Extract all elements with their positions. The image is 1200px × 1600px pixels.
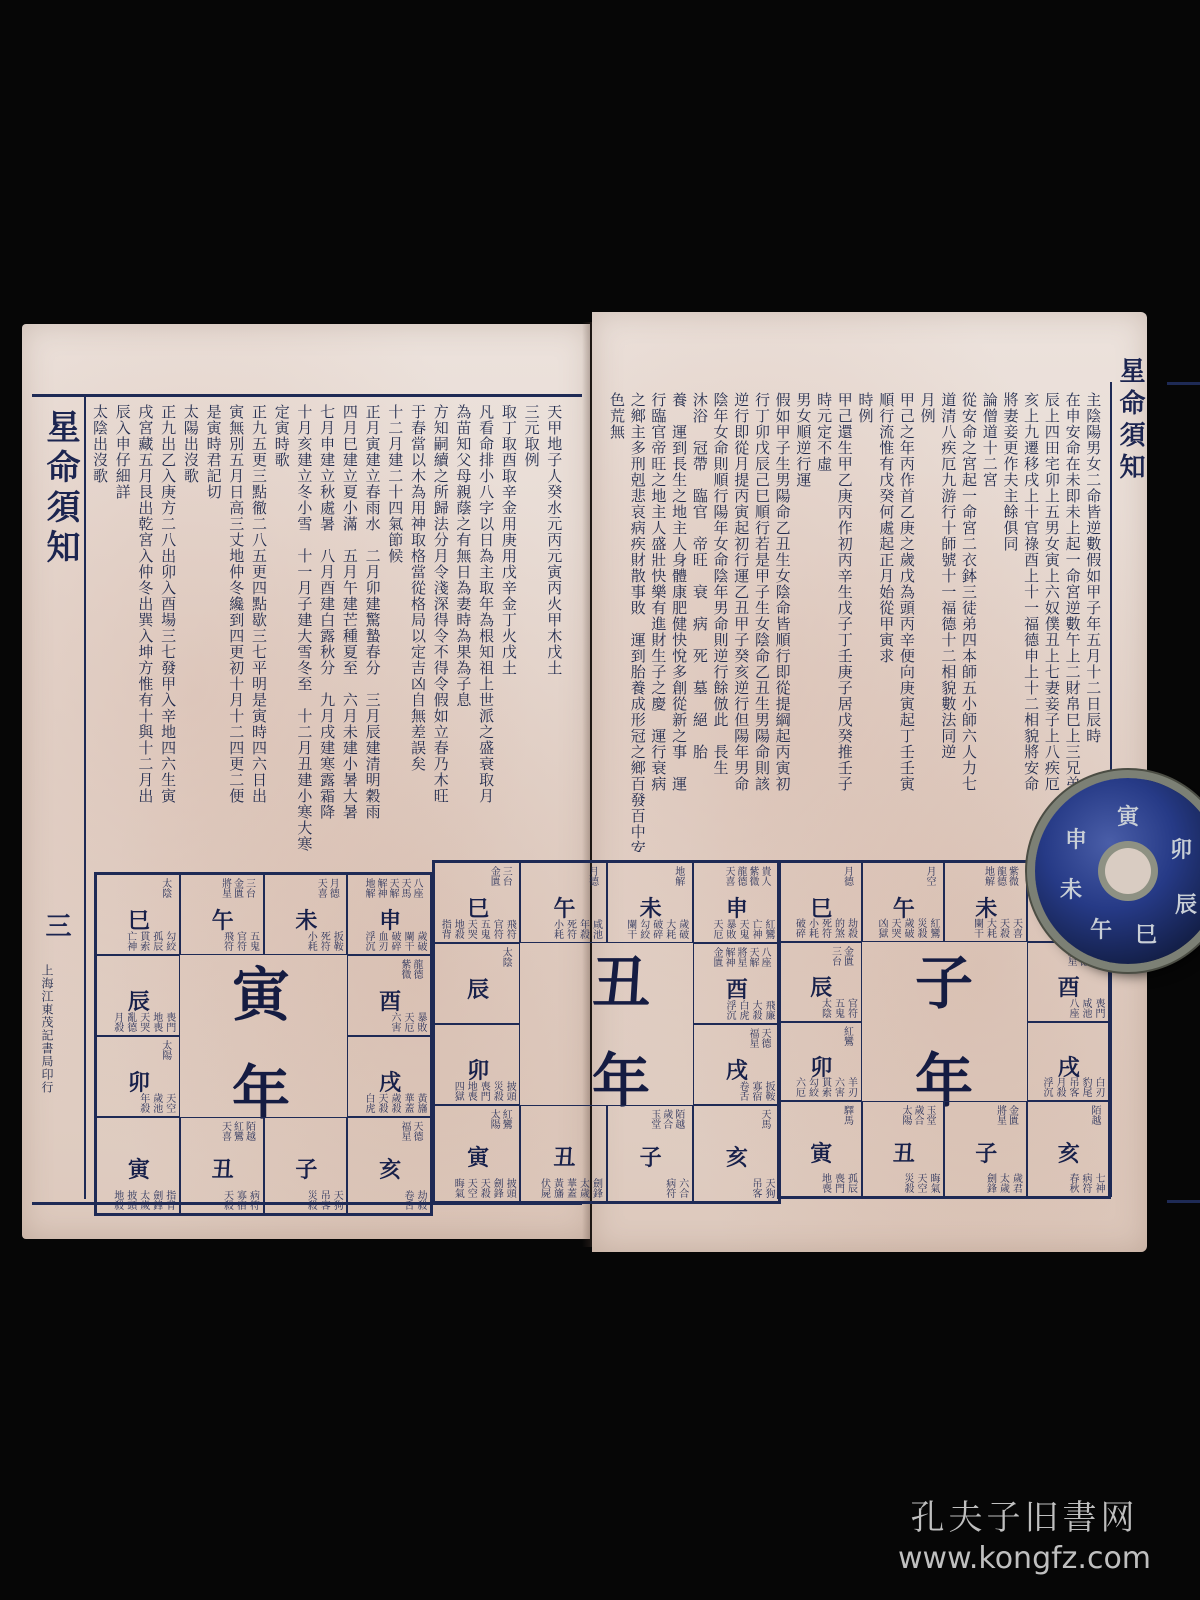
star-label: 紅鸞 bbox=[500, 1109, 511, 1129]
star-label: 八座 bbox=[1067, 998, 1078, 1018]
chart-cell-辰: 辰喪門地喪天哭亂德月殺 bbox=[96, 955, 180, 1036]
star-label: 闌干 bbox=[972, 918, 983, 938]
earthly-branch: 丑 bbox=[212, 1153, 234, 1184]
star-label: 月殺 bbox=[1054, 1077, 1065, 1097]
star-label: 勾絞 bbox=[638, 919, 649, 939]
earthly-branch: 子 bbox=[975, 1137, 997, 1168]
star-label: 紫微 bbox=[747, 866, 758, 886]
star-label: 死符 bbox=[820, 918, 831, 938]
text-column: 月例 bbox=[918, 392, 937, 852]
coin-glyph: 午 bbox=[1090, 913, 1112, 944]
star-label: 天厄 bbox=[711, 919, 722, 939]
star-label: 血刃 bbox=[376, 931, 387, 951]
text-column: 太陽出沒歌 bbox=[181, 404, 200, 864]
star-label: 勾絞 bbox=[164, 931, 175, 951]
chart-cell-申: 申八座天馬天解解神地解歲破闌干破碎血刃浮沉 bbox=[347, 874, 431, 955]
star-label: 飛符 bbox=[222, 931, 233, 951]
chart-cell-午: 午三台金匱將星五鬼官符飛符 bbox=[180, 874, 264, 955]
star-label: 咸池 bbox=[1080, 998, 1091, 1018]
star-label: 玉堂 bbox=[649, 1109, 660, 1129]
text-column: 為苗知父母親蔭之有無日為妻時為果為子息 bbox=[453, 404, 472, 864]
star-label: 月空 bbox=[924, 866, 935, 886]
star-label: 孤辰 bbox=[151, 931, 162, 951]
star-label: 太陽 bbox=[488, 1109, 499, 1129]
star-label: 陽星 bbox=[1065, 946, 1076, 966]
star-label: 死符 bbox=[318, 931, 329, 951]
text-column: 時例 bbox=[856, 392, 875, 852]
star-label: 三台 bbox=[830, 946, 841, 966]
star-label: 的煞 bbox=[833, 918, 844, 938]
star-label: 天喜 bbox=[315, 878, 326, 898]
chart-cell-寅: 寅指背劍鋒太歲披頭地殺 bbox=[96, 1117, 180, 1214]
star-label: 金匱 bbox=[232, 878, 243, 898]
star-label: 貴人 bbox=[759, 866, 770, 886]
chart-cell-辰: 辰太陰 bbox=[434, 943, 520, 1024]
chart-cell-寅: 寅紅鸞太陽披頭劍鋒天殺天空晦氣 bbox=[434, 1105, 520, 1202]
star-label: 寡宿 bbox=[235, 1190, 246, 1210]
star-label: 太歲 bbox=[998, 1173, 1009, 1193]
text-column: 太陰出沒歌 bbox=[90, 404, 109, 864]
chart-cell-亥: 亥天馬天狗吊客 bbox=[693, 1105, 779, 1202]
text-column: 亥上九遷移戌上十官祿酉上十一福德申上十二相貌將安命 bbox=[1021, 392, 1040, 852]
star-label: 披頭 bbox=[504, 1178, 515, 1198]
chart-cell-戌: 戌黃旛華蓋歲殺天殺白虎 bbox=[347, 1036, 431, 1117]
right-page-title: 星命須知 bbox=[1112, 357, 1149, 507]
star-label: 月殺 bbox=[112, 1012, 123, 1032]
earthly-branch: 亥 bbox=[379, 1153, 401, 1184]
left-page-number: 三 bbox=[38, 912, 75, 944]
star-label: 紅鸞 bbox=[763, 919, 774, 939]
star-label: 官符 bbox=[235, 931, 246, 951]
star-label: 晦氣 bbox=[452, 1178, 463, 1198]
star-label: 華蓋 bbox=[565, 1178, 576, 1198]
open-book: 星命須知 三 上海江東茂記書局印行 天甲地子人癸水元丙元寅丙火甲木戊土三元取例取… bbox=[22, 312, 1172, 1252]
star-label: 亡神 bbox=[125, 931, 136, 951]
chart-cell-未: 未月德天喜扳鞍死符小耗 bbox=[264, 874, 348, 955]
star-label: 白虎 bbox=[363, 1093, 374, 1113]
star-label: 解神 bbox=[375, 878, 386, 898]
star-label: 歲君 bbox=[1011, 1173, 1022, 1193]
star-label: 劍鋒 bbox=[985, 1173, 996, 1193]
watermark: 孔夫子旧書网 www.kongfz.com bbox=[898, 1490, 1151, 1576]
text-column: 定寅時歌 bbox=[272, 404, 291, 864]
star-label: 暴敗 bbox=[724, 919, 735, 939]
text-column: 行丁卯戊辰己巳順行若是甲子生女陰命乙丑生男陽命則該 bbox=[752, 392, 771, 852]
text-column: 行臨官帝旺之地主人盛壯快樂有進財生子之慶 運行衰病 bbox=[648, 392, 667, 852]
star-label: 天殺 bbox=[376, 1093, 387, 1113]
star-label: 八座 bbox=[411, 878, 422, 898]
star-label: 飛符 bbox=[504, 919, 515, 939]
star-label: 龍德 bbox=[735, 866, 746, 886]
star-label: 指背 bbox=[439, 919, 450, 939]
star-label: 天喜 bbox=[723, 866, 734, 886]
star-label: 卷舌 bbox=[737, 1081, 748, 1101]
star-label: 吊客 bbox=[750, 1178, 761, 1198]
star-label: 小耗 bbox=[807, 918, 818, 938]
star-label: 解神 bbox=[723, 947, 734, 967]
star-label: 小耗 bbox=[305, 931, 316, 951]
star-label: 金匱 bbox=[842, 946, 853, 966]
star-label: 破碎 bbox=[794, 918, 805, 938]
star-label: 天空 bbox=[164, 1093, 175, 1113]
star-label: 喪門 bbox=[833, 1173, 844, 1193]
text-column: 方知嗣續之所歸法分月令淺深得令不得令假如立春乃木旺 bbox=[431, 404, 450, 864]
star-label: 太陰 bbox=[500, 947, 511, 967]
text-column: 戌宮藏五月艮出乾宮入仲冬出巽入坤方惟有十與十二月出 bbox=[135, 404, 154, 864]
star-label: 地喪 bbox=[465, 1081, 476, 1101]
text-column: 逆行即從月提丙寅起初行運乙丑甲子癸亥逆行但陽年男命 bbox=[731, 392, 750, 852]
earthly-branch: 丑 bbox=[893, 1137, 915, 1168]
chart-cell-午: 午月空紅鸞災殺歲破天哭凶獄 bbox=[862, 862, 945, 942]
text-column: 十二月建二十四氣節候 bbox=[385, 404, 404, 864]
text-column: 取丁取酉取辛金用庚用戊辛金丁火戊土 bbox=[499, 404, 518, 864]
text-column: 養 運到長生之地主人身體康肥健快悅多創從新之事 運 bbox=[669, 392, 688, 852]
star-label: 天喜 bbox=[1011, 918, 1022, 938]
star-label: 浮沉 bbox=[363, 931, 374, 951]
star-label: 六厄 bbox=[794, 1077, 805, 1097]
star-label: 官符 bbox=[846, 998, 857, 1018]
star-label: 亡神 bbox=[750, 919, 761, 939]
chart-cell-子: 子天狗吊客災殺 bbox=[264, 1117, 348, 1214]
text-column: 是寅時君記切 bbox=[204, 404, 223, 864]
star-label: 大殺 bbox=[750, 1000, 761, 1020]
coin-glyph: 申 bbox=[1065, 823, 1087, 854]
star-label: 指背 bbox=[164, 1190, 175, 1210]
text-column: 十月亥建立冬小雪 十一月子建大雪冬至 十二月丑建小寒大寒 bbox=[294, 404, 313, 864]
star-label: 天哭 bbox=[138, 1012, 149, 1032]
star-label: 紫微 bbox=[399, 959, 410, 979]
earthly-branch: 亥 bbox=[726, 1141, 748, 1172]
star-label: 病符 bbox=[1080, 1173, 1091, 1193]
star-label: 飛廉 bbox=[763, 1000, 774, 1020]
star-label: 豹尾 bbox=[1080, 1077, 1091, 1097]
star-label: 闌干 bbox=[402, 931, 413, 951]
star-label: 災殺 bbox=[915, 918, 926, 938]
star-label: 貫索 bbox=[820, 1077, 831, 1097]
star-label: 地解 bbox=[983, 866, 994, 886]
text-column: 之鄉主多刑剋悲哀病疾財散事敗 運到胎養成形冠之鄉百發百中安康平易 bbox=[628, 392, 647, 852]
star-label: 年殺 bbox=[578, 919, 589, 939]
star-label: 劍鋒 bbox=[151, 1190, 162, 1210]
coin-glyph: 卯 bbox=[1170, 833, 1192, 864]
star-label: 勾絞 bbox=[807, 1077, 818, 1097]
chart-cell-卯: 卯紅鸞羊刃六害貫索勾絞六厄 bbox=[779, 1022, 862, 1102]
star-label: 地解 bbox=[673, 866, 684, 886]
star-label: 福星 bbox=[747, 1028, 758, 1048]
text-column: 正月寅建立春雨水 二月卯建驚蟄春分 三月辰建清明穀雨 bbox=[363, 404, 382, 864]
text-column: 正九出乙入庚方二八出卯入酉場三七發甲入辛地四六生寅 bbox=[158, 404, 177, 864]
star-label: 四獄 bbox=[452, 1081, 463, 1101]
star-label: 死符 bbox=[565, 919, 576, 939]
text-column: 陰年女命則順行陽年女命陰年男命則逆行餘倣此 長生 bbox=[711, 392, 730, 852]
star-label: 官符 bbox=[491, 919, 502, 939]
star-label: 咸池 bbox=[591, 919, 602, 939]
star-label: 天解 bbox=[747, 947, 758, 967]
text-column: 沐浴 冠帶 臨官 帝旺 衰 病 死 墓 絕 胎 bbox=[690, 392, 709, 852]
chart-cell-亥: 亥天德福星劫殺卷舌 bbox=[347, 1117, 431, 1214]
star-label: 太陽 bbox=[160, 1040, 171, 1060]
chart-cell-未: 未紫微龍德地解天喜天殺大耗闌干 bbox=[944, 862, 1027, 942]
text-column: 在申安命在未即未上起一命宮逆數午上二財帛巳上三兄弟 bbox=[1063, 392, 1082, 852]
star-label: 小耗 bbox=[552, 919, 563, 939]
star-label: 天德 bbox=[759, 1028, 770, 1048]
star-label: 玉堂 bbox=[924, 1105, 935, 1125]
text-column: 假如甲子生男陽命乙丑生女陰命皆順行即從提綱起丙寅初 bbox=[773, 392, 792, 852]
star-label: 地殺 bbox=[452, 919, 463, 939]
earthly-branch: 寅 bbox=[467, 1141, 489, 1172]
earthly-branch: 子 bbox=[295, 1153, 317, 1184]
star-label: 浮沉 bbox=[724, 1000, 735, 1020]
chart-cell-戌: 戌天德福星扳鞍寡宿卷舌 bbox=[693, 1024, 779, 1105]
star-label: 天德 bbox=[411, 1121, 422, 1141]
left-page-title: 星命須知 bbox=[36, 409, 85, 709]
star-label: 災殺 bbox=[902, 1173, 913, 1193]
right-page: 星命須知 主陰陽男女二命皆逆數假如甲子年五月十二日辰時在申安命在未即未上起一命宮… bbox=[592, 312, 1147, 1252]
text-column: 男女順逆行運 bbox=[793, 392, 812, 852]
star-label: 凶獄 bbox=[876, 918, 887, 938]
chart-cell-丑: 丑玉堂歲合太陽晦氣天空災殺 bbox=[862, 1101, 945, 1197]
star-label: 八座 bbox=[759, 947, 770, 967]
star-label: 五鬼 bbox=[248, 931, 259, 951]
star-label: 喪門 bbox=[1093, 998, 1104, 1018]
star-label: 天空 bbox=[915, 1173, 926, 1193]
star-label: 陌越 bbox=[673, 1109, 684, 1129]
star-label: 月德 bbox=[842, 866, 853, 886]
text-column: 甲己還生甲乙庚丙作初丙辛生戊子丁壬庚子居戊癸推壬子 bbox=[835, 392, 854, 852]
star-label: 紅鸞 bbox=[232, 1121, 243, 1141]
star-label: 劫殺 bbox=[846, 918, 857, 938]
chart-cell-寅: 寅驛馬孤辰喪門地喪 bbox=[779, 1101, 862, 1197]
star-label: 劫殺 bbox=[415, 1190, 426, 1210]
star-label: 陌越 bbox=[1089, 1105, 1100, 1125]
star-label: 天殺 bbox=[998, 918, 1009, 938]
star-label: 紫微 bbox=[1007, 866, 1018, 886]
star-label: 三台 bbox=[500, 866, 511, 886]
star-label: 六合 bbox=[677, 1178, 688, 1198]
chart-cell-酉: 酉龍德紫微暴敗天厄六害 bbox=[347, 955, 431, 1036]
chart-cell-巳: 巳月德劫殺的煞死符小耗破碎 bbox=[779, 862, 862, 942]
chart-cell-子: 子金匱將星歲君太歲劍鋒 bbox=[944, 1101, 1027, 1197]
star-label: 龍德 bbox=[995, 866, 1006, 886]
star-label: 三台 bbox=[244, 878, 255, 898]
star-label: 天殺 bbox=[222, 1190, 233, 1210]
star-label: 歲破 bbox=[902, 918, 913, 938]
star-label: 喪門 bbox=[164, 1012, 175, 1032]
star-label: 天喜 bbox=[220, 1121, 231, 1141]
star-label: 七神 bbox=[1093, 1173, 1104, 1193]
star-label: 災殺 bbox=[491, 1081, 502, 1101]
star-label: 歲破 bbox=[677, 919, 688, 939]
text-column: 辰入申仔細詳 bbox=[113, 404, 132, 864]
earthly-branch: 丑 bbox=[553, 1141, 575, 1172]
star-label: 劍鋒 bbox=[491, 1178, 502, 1198]
star-label: 黃旛 bbox=[415, 1093, 426, 1113]
star-label: 天馬 bbox=[399, 878, 410, 898]
star-label: 歲合 bbox=[661, 1109, 672, 1129]
star-label: 天馬 bbox=[759, 1109, 770, 1129]
star-label: 破碎 bbox=[389, 931, 400, 951]
earthly-branch: 亥 bbox=[1058, 1137, 1080, 1168]
coin-glyph: 未 bbox=[1060, 873, 1082, 904]
text-column: 論僧道十二宮 bbox=[980, 392, 999, 852]
star-label: 吊客 bbox=[1067, 1077, 1078, 1097]
text-column: 七月申建立秋處暑 八月酉建白露秋分 九月戌建寒露霜降 bbox=[317, 404, 336, 864]
star-label: 浮沉 bbox=[1041, 1077, 1052, 1097]
star-label: 破碎 bbox=[651, 919, 662, 939]
earthly-branch: 寅 bbox=[810, 1137, 832, 1168]
star-label: 天哭 bbox=[889, 918, 900, 938]
star-label: 年殺 bbox=[138, 1093, 149, 1113]
chart-cell-酉: 酉八座天解將星解神金匱飛廉大殺白虎浮沉 bbox=[693, 943, 779, 1024]
text-column: 凡看命排小八字以日為主取年為根知祖上世派之盛衰取月 bbox=[476, 404, 495, 864]
text-column: 四月巳建立夏小滿 五月午建芒種夏至 六月未建小暑大暑 bbox=[340, 404, 359, 864]
star-label: 地喪 bbox=[151, 1012, 162, 1032]
chart-cell-卯: 卯太陽天空歲池年殺 bbox=[96, 1036, 180, 1117]
star-label: 披頭 bbox=[504, 1081, 515, 1101]
star-label: 五鬼 bbox=[478, 919, 489, 939]
text-column: 于春當以木為用神取格當從格局以定吉凶自無差誤矣 bbox=[408, 404, 427, 864]
star-label: 月德 bbox=[587, 866, 598, 886]
coin-glyph: 寅 bbox=[1117, 800, 1139, 831]
chart-cell-申: 申貴人紫微龍德天喜紅鸞亡神天鬼暴敗天厄 bbox=[693, 862, 779, 943]
watermark-site-name: 孔夫子旧書网 bbox=[898, 1490, 1151, 1539]
star-label: 金匱 bbox=[1007, 1105, 1018, 1125]
text-column: 三元取例 bbox=[522, 404, 541, 864]
star-label: 晦氣 bbox=[928, 1173, 939, 1193]
star-label: 六害 bbox=[389, 1012, 400, 1032]
chart-cell-未: 未地解歲破大耗破碎勾絞闌干 bbox=[607, 862, 693, 943]
star-label: 太陰 bbox=[160, 878, 171, 898]
star-label: 扳鞍 bbox=[763, 1081, 774, 1101]
text-column: 時元定不虛 bbox=[814, 392, 833, 852]
star-label: 白刃 bbox=[1093, 1077, 1104, 1097]
text-column: 順行流惟有戊癸何處起正月始從甲寅求 bbox=[876, 392, 895, 852]
star-label: 太陽 bbox=[900, 1105, 911, 1125]
chart-cell-巳: 巳太陰勾絞孤辰貫索亡神 bbox=[96, 874, 180, 955]
star-label: 天哭 bbox=[465, 919, 476, 939]
star-label: 喪門 bbox=[478, 1081, 489, 1101]
star-label: 龍德 bbox=[411, 959, 422, 979]
star-label: 天殺 bbox=[478, 1178, 489, 1198]
star-label: 金匱 bbox=[711, 947, 722, 967]
star-label: 太陰 bbox=[820, 998, 831, 1018]
star-label: 福星 bbox=[399, 1121, 410, 1141]
star-label: 伏屍 bbox=[539, 1178, 550, 1198]
text-column: 將妻妾更作夫主餘俱同 bbox=[1000, 392, 1019, 852]
star-label: 地喪 bbox=[820, 1173, 831, 1193]
star-label: 白虎 bbox=[737, 1000, 748, 1020]
star-label: 春秋 bbox=[1067, 1173, 1078, 1193]
text-column: 從安命之宮起一命宮二衣鉢三徒弟四本師五小師六人力七 bbox=[959, 392, 978, 852]
star-label: 地殺 bbox=[112, 1190, 123, 1210]
chart-cell-子: 子陌越歲合玉堂六合病符 bbox=[607, 1105, 693, 1202]
chart-chou-year: 丑年 巳三台金匱飛符官符五鬼天哭地殺指背午月德咸池年殺死符小耗未地解歲破大耗破碎… bbox=[432, 860, 781, 1204]
earthly-branch: 辰 bbox=[467, 973, 489, 1004]
star-label: 紅鸞 bbox=[842, 1026, 853, 1046]
chart-cell-辰: 辰金匱三台官符五鬼太陰 bbox=[779, 942, 862, 1022]
star-label: 將星 bbox=[220, 878, 231, 898]
star-label: 貫索 bbox=[138, 931, 149, 951]
chart-yin-year: 寅年 巳太陰勾絞孤辰貫索亡神午三台金匱將星五鬼官符飛符未月德天喜扳鞍死符小耗申八… bbox=[94, 872, 433, 1216]
earthly-branch: 子 bbox=[640, 1141, 662, 1172]
coin-glyph: 辰 bbox=[1175, 888, 1197, 919]
chart-cell-午: 午月德咸池年殺死符小耗 bbox=[520, 862, 606, 943]
star-label: 闌干 bbox=[625, 919, 636, 939]
star-label: 病符 bbox=[664, 1178, 675, 1198]
text-column: 辰上四田宅卯上五男女寅上六奴僕丑上七妻妾子上八疾厄 bbox=[1042, 392, 1061, 852]
star-label: 孤辰 bbox=[846, 1173, 857, 1193]
earthly-branch: 寅 bbox=[128, 1153, 150, 1184]
star-label: 五鬼 bbox=[833, 998, 844, 1018]
chart-cell-丑: 丑劍鋒太歲華蓋黃旛伏屍 bbox=[520, 1105, 606, 1202]
star-label: 歲殺 bbox=[389, 1093, 400, 1113]
star-label: 華蓋 bbox=[402, 1093, 413, 1113]
star-label: 歲合 bbox=[912, 1105, 923, 1125]
star-label: 六害 bbox=[833, 1077, 844, 1097]
text-column: 道清八疾厄九游行十師號十一福德十二相貌數法同逆 bbox=[938, 392, 957, 852]
coin-square-hole bbox=[1105, 848, 1151, 894]
star-label: 扳鞍 bbox=[331, 931, 342, 951]
text-column: 色荒無 bbox=[607, 392, 626, 852]
chart-cell-卯: 卯披頭災殺喪門地喪四獄 bbox=[434, 1024, 520, 1105]
star-label: 地解 bbox=[363, 878, 374, 898]
star-label: 金匱 bbox=[488, 866, 499, 886]
text-column: 天甲地子人癸水元丙元寅丙火甲木戊土 bbox=[544, 404, 563, 864]
chart-cell-巳: 巳三台金匱飛符官符五鬼天哭地殺指背 bbox=[434, 862, 520, 943]
star-label: 天厄 bbox=[402, 1012, 413, 1032]
coin-glyph: 巳 bbox=[1135, 918, 1157, 949]
star-label: 天解 bbox=[387, 878, 398, 898]
star-label: 病符 bbox=[248, 1190, 259, 1210]
star-label: 羊刃 bbox=[846, 1077, 857, 1097]
star-label: 太歲 bbox=[138, 1190, 149, 1210]
star-label: 卷舌 bbox=[402, 1190, 413, 1210]
star-label: 亂德 bbox=[125, 1012, 136, 1032]
publisher-imprint: 上海江東茂記書局印行 bbox=[40, 964, 54, 1194]
chart-cell-戌: 戌白刃豹尾吊客月殺浮沉 bbox=[1027, 1022, 1110, 1102]
star-label: 將星 bbox=[735, 947, 746, 967]
star-label: 天狗 bbox=[331, 1190, 342, 1210]
text-column: 甲己之年丙作首乙庚之歲戊為頭丙辛便向庚寅起丁壬壬寅 bbox=[897, 392, 916, 852]
star-label: 天空 bbox=[465, 1178, 476, 1198]
star-label: 紅鸞 bbox=[928, 918, 939, 938]
chart-cell-亥: 亥陌越七神病符春秋 bbox=[1027, 1101, 1110, 1197]
star-label: 將星 bbox=[995, 1105, 1006, 1125]
star-label: 驛馬 bbox=[842, 1105, 853, 1125]
star-label: 大耗 bbox=[985, 918, 996, 938]
star-label: 太歲 bbox=[578, 1178, 589, 1198]
star-label: 寡宿 bbox=[750, 1081, 761, 1101]
text-column: 正九五更三點徹二八五更四點歇三七平明是寅時四六日出 bbox=[249, 404, 268, 864]
text-column: 寅無別五月日高三丈地仲冬纔到四更初十月十二四更二便 bbox=[226, 404, 245, 864]
star-label: 天鬼 bbox=[737, 919, 748, 939]
star-label: 黃旛 bbox=[552, 1178, 563, 1198]
star-label: 吊客 bbox=[318, 1190, 329, 1210]
star-label: 披頭 bbox=[125, 1190, 136, 1210]
watermark-url: www.kongfz.com bbox=[898, 1541, 1151, 1576]
chart-cell-丑: 丑陌越紅鸞天喜病符寡宿天殺 bbox=[180, 1117, 264, 1214]
star-label: 大耗 bbox=[664, 919, 675, 939]
star-label: 災殺 bbox=[305, 1190, 316, 1210]
star-label: 歲破 bbox=[415, 931, 426, 951]
star-label: 天狗 bbox=[763, 1178, 774, 1198]
star-label: 歲池 bbox=[151, 1093, 162, 1113]
star-label: 暴敗 bbox=[415, 1012, 426, 1032]
star-label: 陌越 bbox=[244, 1121, 255, 1141]
star-label: 劍鋒 bbox=[591, 1178, 602, 1198]
star-label: 月德 bbox=[327, 878, 338, 898]
